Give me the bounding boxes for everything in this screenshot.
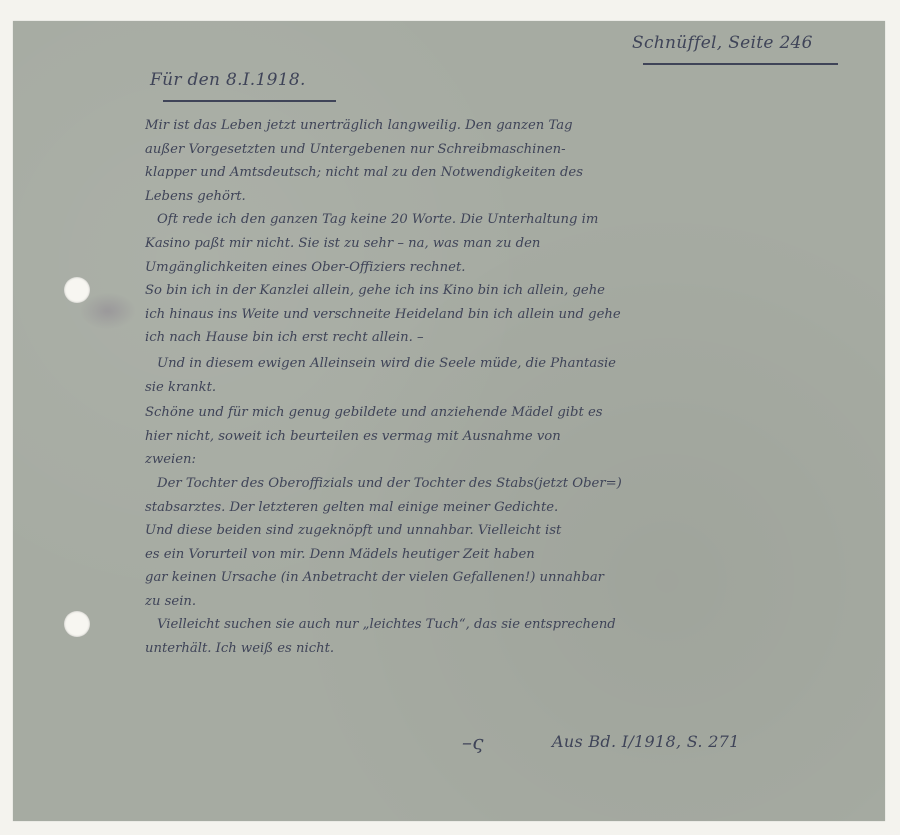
text-line: Schöne und für mich genug gebildete und … (145, 401, 845, 425)
diary-entry-body: Mir ist das Leben jetzt unerträglich lan… (145, 114, 845, 661)
text-line: stabsarztes. Der letzteren gelten mal ei… (145, 496, 845, 520)
text-line: Und in diesem ewigen Alleinsein wird die… (145, 352, 845, 376)
text-line: zweien: (145, 448, 845, 472)
punch-hole-top (64, 277, 90, 303)
text-line: Oft rede ich den ganzen Tag keine 20 Wor… (145, 208, 845, 232)
text-line: unterhält. Ich weiß es nicht. (145, 637, 845, 661)
diary-date-heading: Für den 8.I.1918. (150, 70, 306, 90)
punch-hole-bottom (64, 611, 90, 637)
scanned-page: Schnüffel, Seite 246 Für den 8.I.1918. M… (0, 0, 900, 835)
text-line: Mir ist das Leben jetzt unerträglich lan… (145, 114, 845, 138)
text-line: Kasino paßt mir nicht. Sie ist zu sehr –… (145, 232, 845, 256)
text-line: außer Vorgesetzten und Untergebenen nur … (145, 138, 845, 162)
text-line: ich nach Hause bin ich erst recht allein… (145, 326, 845, 350)
date-underline (163, 100, 336, 102)
text-line: Umgänglichkeiten eines Ober-Offiziers re… (145, 256, 845, 280)
text-line: hier nicht, soweit ich beurteilen es ver… (145, 425, 845, 449)
text-line: zu sein. (145, 590, 845, 614)
text-line: Der Tochter des Oberoffizials und der To… (145, 472, 845, 496)
closing-flourish: –ς (462, 730, 484, 754)
source-citation: Aus Bd. I/1918, S. 271 (552, 732, 740, 751)
text-line: gar keinen Ursache (in Anbetracht der vi… (145, 566, 845, 590)
text-line: sie krankt. (145, 376, 845, 400)
text-line: Vielleicht suchen sie auch nur „leichtes… (145, 613, 845, 637)
reference-underline (643, 63, 838, 65)
text-line: Und diese beiden sind zugeknöpft und unn… (145, 519, 845, 543)
text-line: es ein Vorurteil von mir. Denn Mädels he… (145, 543, 845, 567)
text-line: ich hinaus ins Weite und verschneite Hei… (145, 303, 845, 327)
page-reference: Schnüffel, Seite 246 (632, 33, 813, 53)
text-line: So bin ich in der Kanzlei allein, gehe i… (145, 279, 845, 303)
text-line: klapper und Amtsdeutsch; nicht mal zu de… (145, 161, 845, 185)
text-line: Lebens gehört. (145, 185, 845, 209)
